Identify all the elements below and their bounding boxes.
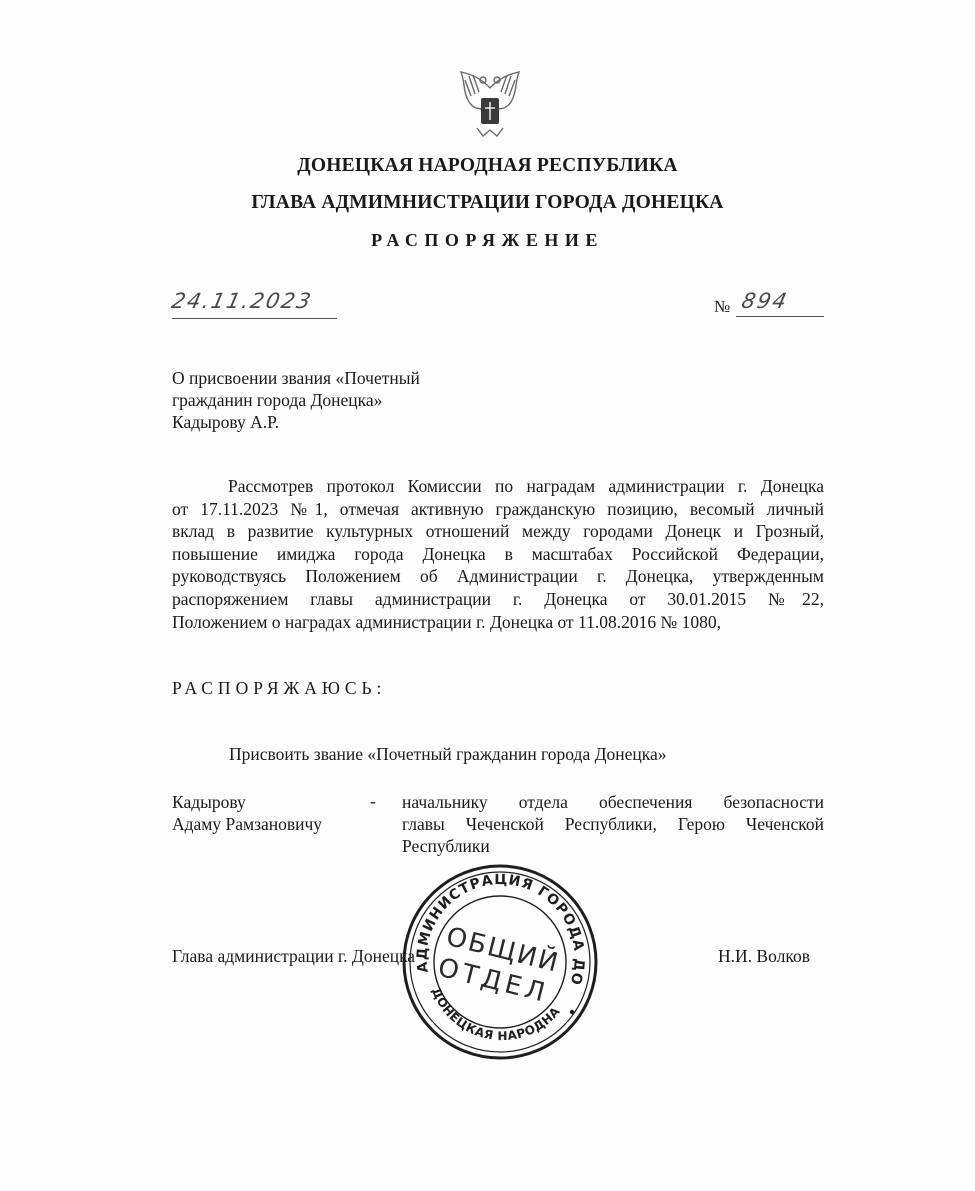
number-label: № [714,297,730,317]
description-line: начальнику отдела обеспечения безопаснос… [402,791,824,813]
coat-of-arms-icon [457,68,523,144]
decree-word: РАСПОРЯЖАЮСЬ: [172,678,386,699]
preamble-line: повышение имиджа города Донецка в масшта… [172,543,824,566]
document-page: ДОНЕЦКАЯ НАРОДНАЯ РЕСПУБЛИКА ГЛАВА АДМИМ… [0,0,975,1191]
recipient-given-names: Адаму Рамзановичу [172,813,322,835]
subject-line: гражданин города Донецка» [172,389,420,411]
official-stamp: АДМИНИСТРАЦИЯ ГОРОДА ДОНЕЦКА ДОНЕЦКАЯ НА… [400,862,600,1062]
signatory-name: Н.И. Волков [718,946,810,967]
recipient-dash: - [370,791,376,812]
document-type: РАСПОРЯЖЕНИЕ [0,230,975,251]
description-line: главы Чеченской Республики, Герою Чеченс… [402,813,824,835]
issuer-title: ГЛАВА АДМИМНИСТРАЦИИ ГОРОДА ДОНЕЦКА [0,192,975,214]
document-number: 894 [739,289,790,313]
subject-block: О присвоении звания «Почетный гражданин … [172,367,420,433]
preamble-line: Рассмотрев протокол Комиссии по наградам… [172,475,824,498]
preamble-paragraph: Рассмотрев протокол Комиссии по наградам… [172,475,824,633]
republic-name: ДОНЕЦКАЯ НАРОДНАЯ РЕСПУБЛИКА [0,155,975,177]
preamble-line: вклад в развитие культурных отношений ме… [172,520,824,543]
preamble-line: Положением о наградах администрации г. Д… [172,611,824,634]
preamble-line: распоряжением главы администрации г. Дон… [172,588,824,611]
assignment-text: Присвоить звание «Почетный гражданин гор… [229,744,667,765]
recipient-surname: Кадырову [172,791,322,813]
recipient-description: начальнику отдела обеспечения безопаснос… [402,791,824,857]
subject-line: Кадырову А.Р. [172,411,420,433]
subject-line: О присвоении звания «Почетный [172,367,420,389]
preamble-line: от 17.11.2023 №1, отмечая активную гражд… [172,498,824,521]
document-date: 24.11.2023 [169,289,314,313]
signatory-title: Глава администрации г. Донецка [172,946,415,967]
recipient-name: Кадырову Адаму Рамзановичу [172,791,322,835]
preamble-line: руководствуясь Положением об Администрац… [172,565,824,588]
description-line: Республики [402,835,824,857]
